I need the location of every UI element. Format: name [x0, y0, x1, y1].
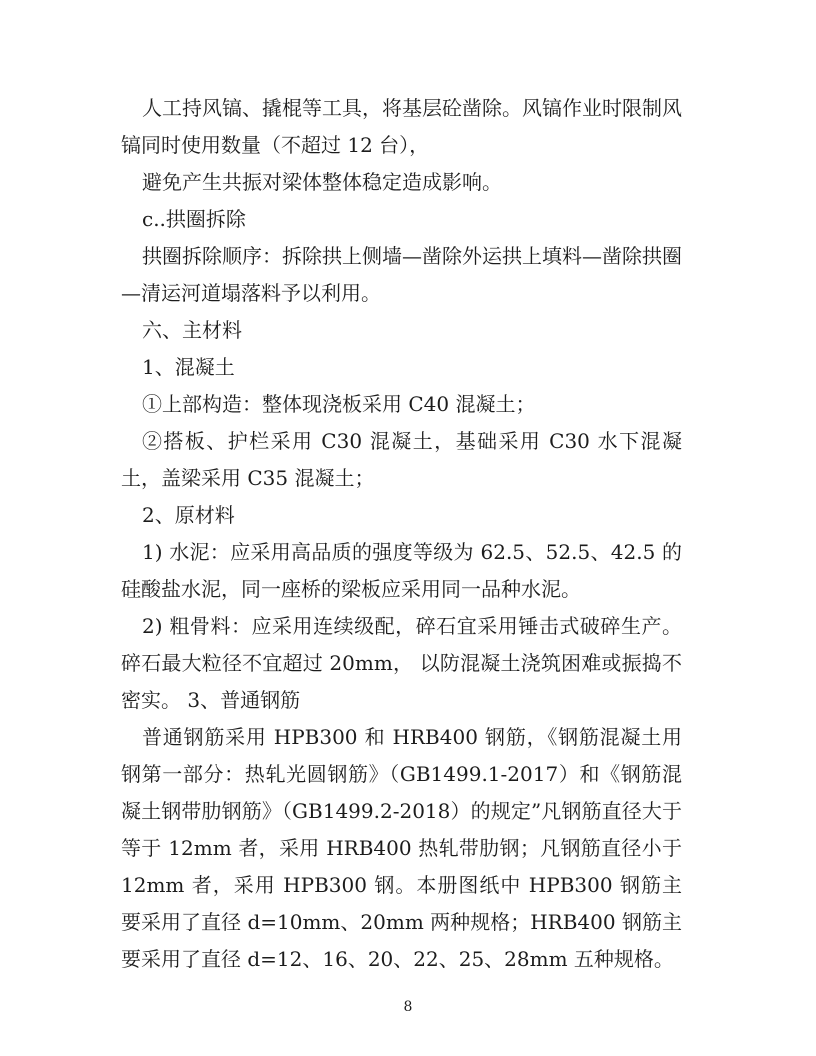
page-number: 8 [0, 999, 816, 1015]
paragraph: ②搭板、护栏采用 C30 混凝土，基础采用 C30 水下混凝土，盖梁采用 C35… [121, 423, 682, 497]
paragraph: 2) 粗骨料：应采用连续级配，碎石宜采用锤击式破碎生产。碎石最大粒径不宜超过 2… [121, 608, 682, 719]
paragraph: 2、原材料 [121, 497, 682, 534]
document-body: 人工持风镐、撬棍等工具，将基层砼凿除。风镐作业时限制风镐同时使用数量（不超过 1… [121, 90, 682, 978]
paragraph: 1) 水泥：应采用高品质的强度等级为 62.5、52.5、42.5 的硅酸盐水泥… [121, 534, 682, 608]
paragraph: c..拱圈拆除 [121, 201, 682, 238]
paragraph: 普通钢筋采用 HPB300 和 HRB400 钢筋，《钢筋混凝土用钢第一部分：热… [121, 719, 682, 978]
paragraph: 拱圈拆除顺序：拆除拱上侧墙—凿除外运拱上填料—凿除拱圈—清运河道塌落料予以利用。 [121, 238, 682, 312]
paragraph: 1、混凝土 [121, 349, 682, 386]
paragraph: 避免产生共振对梁体整体稳定造成影响。 [121, 164, 682, 201]
document-page: 人工持风镐、撬棍等工具，将基层砼凿除。风镐作业时限制风镐同时使用数量（不超过 1… [0, 0, 816, 1056]
paragraph: ①上部构造：整体现浇板采用 C40 混凝土； [121, 386, 682, 423]
paragraph: 六、主材料 [121, 312, 682, 349]
paragraph: 人工持风镐、撬棍等工具，将基层砼凿除。风镐作业时限制风镐同时使用数量（不超过 1… [121, 90, 682, 164]
